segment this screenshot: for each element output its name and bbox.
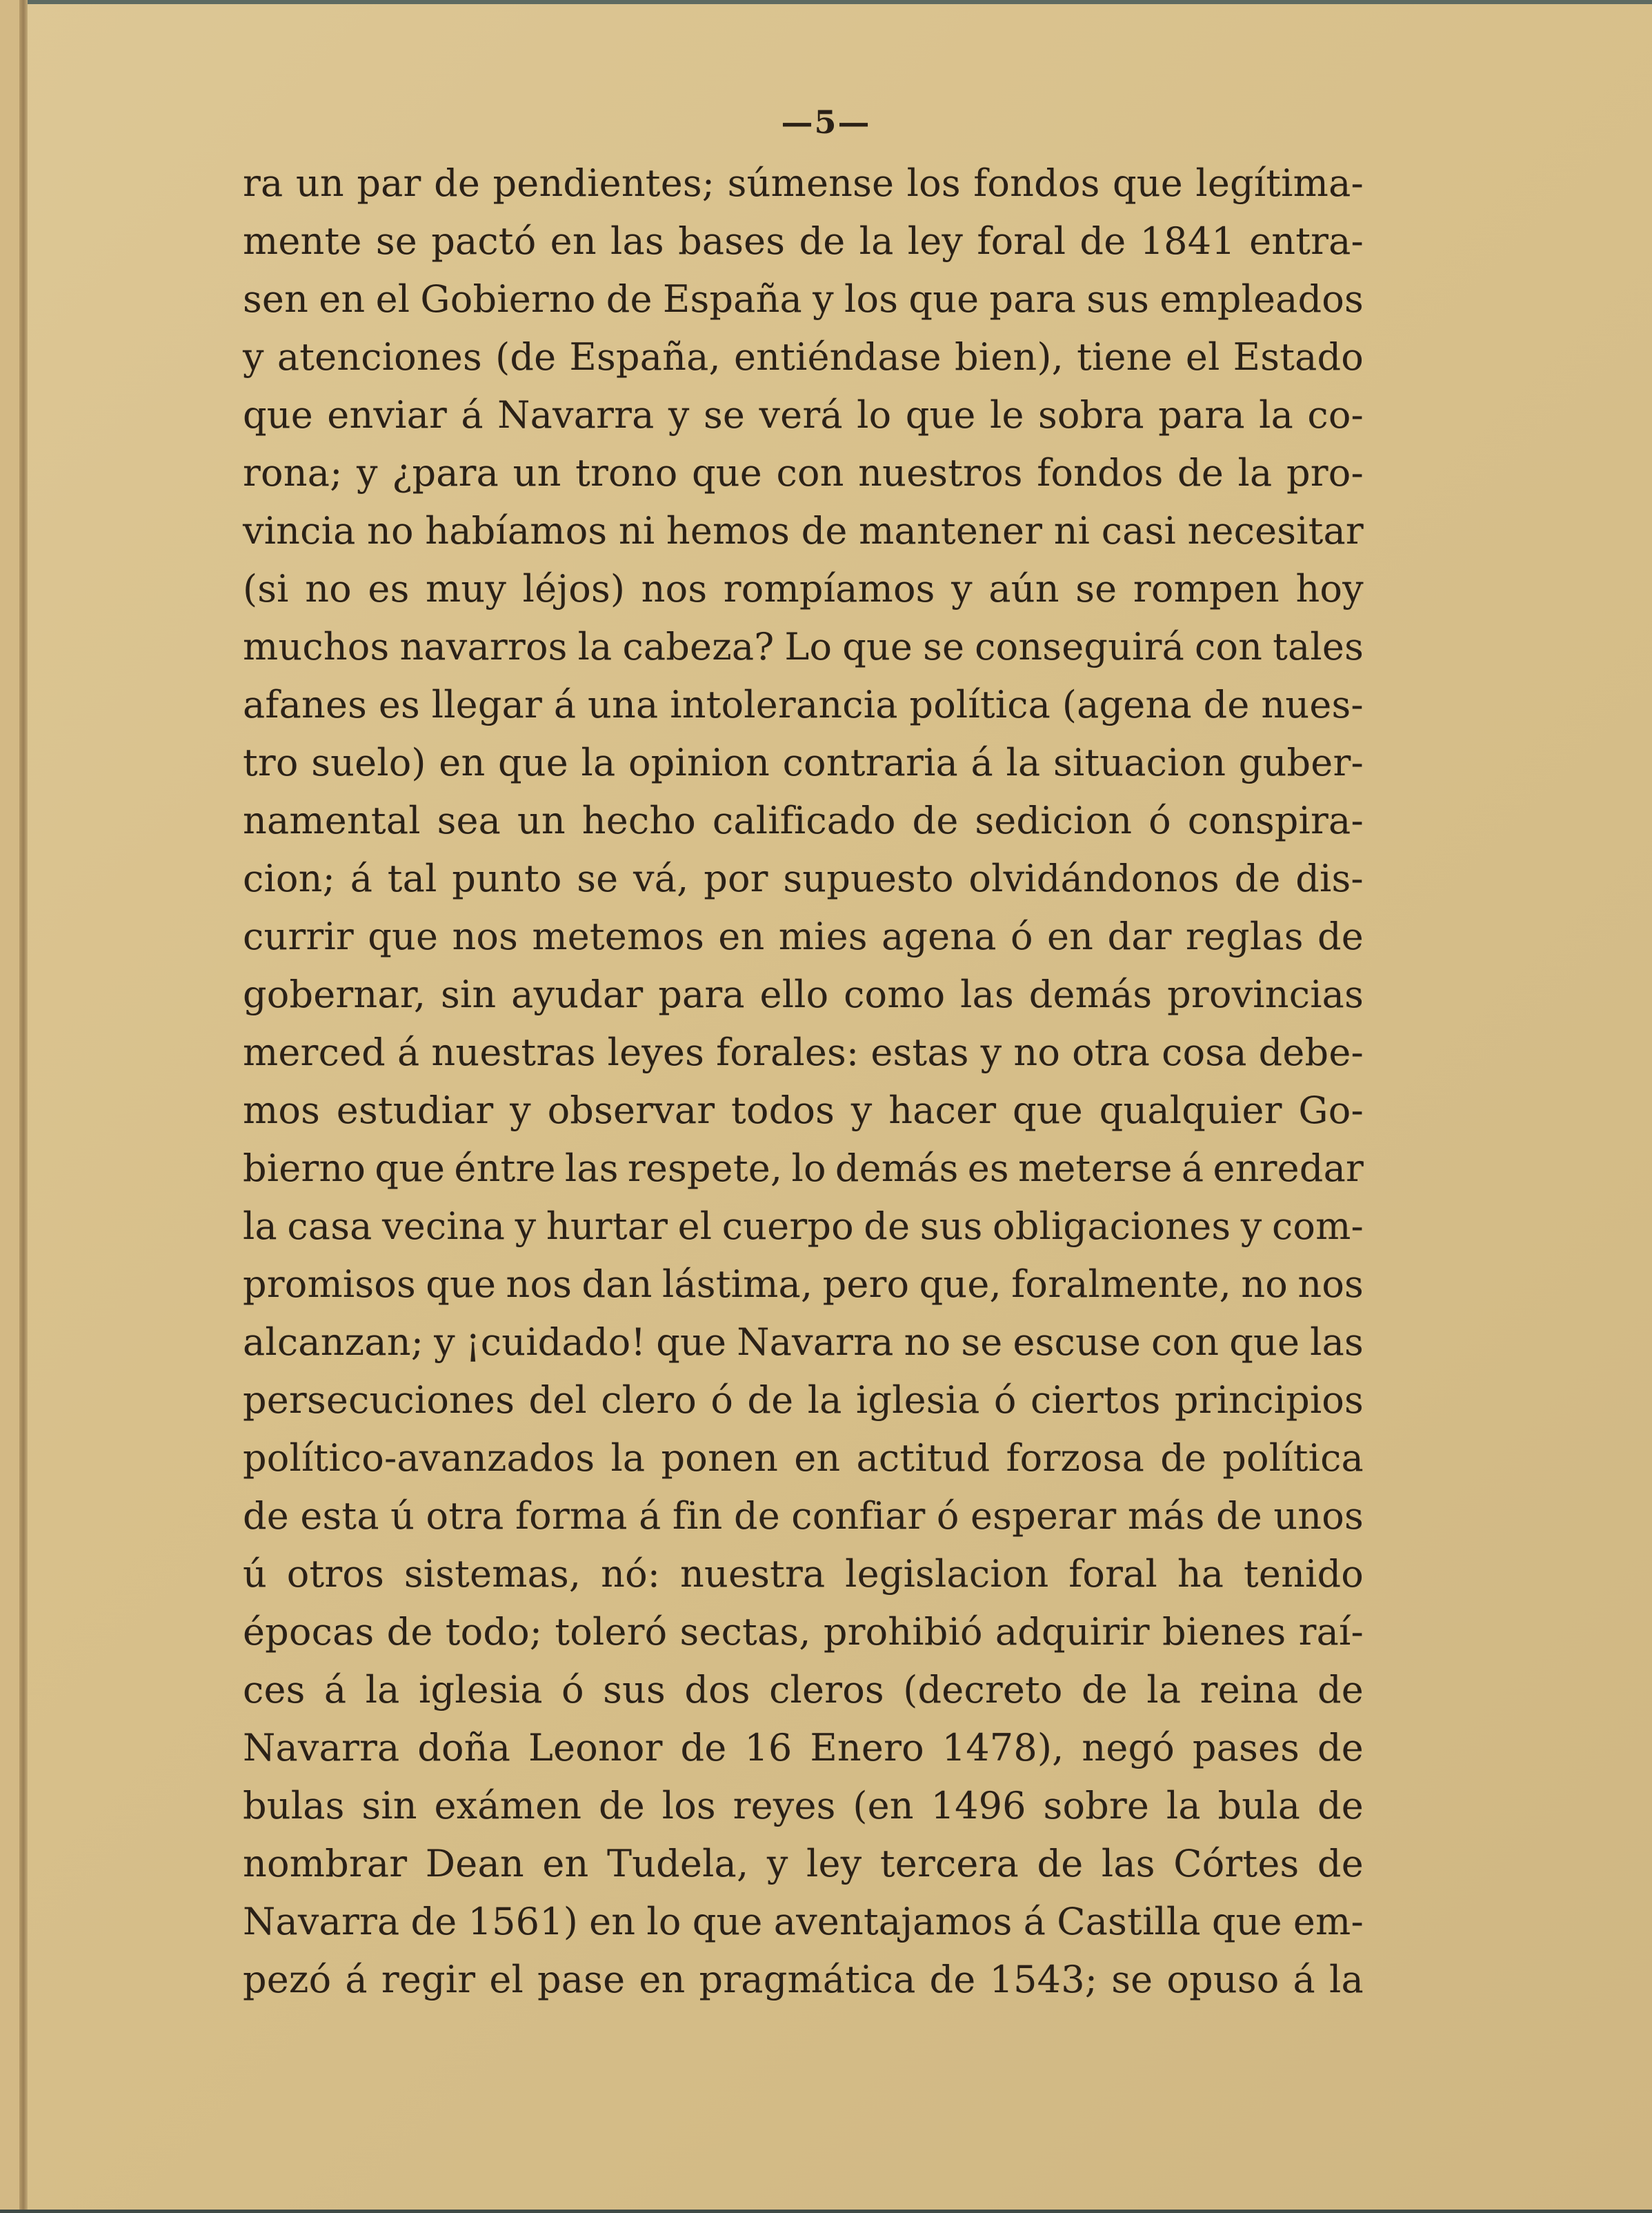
- word: reyes: [733, 1777, 836, 1835]
- word: de: [387, 1603, 433, 1661]
- word: y: [668, 386, 690, 444]
- text-line: promisosquenosdanlástima,peroque,foralme…: [243, 1256, 1364, 1313]
- text-line: deestaúotraformaáfindeconfiaróesperarmás…: [243, 1487, 1364, 1545]
- text-line: rona;y¿parauntronoqueconnuestrosfondosde…: [243, 444, 1364, 502]
- word: actitud: [856, 1429, 990, 1487]
- word: aún: [988, 560, 1059, 618]
- word: dan: [581, 1256, 652, 1313]
- word: á: [1024, 1893, 1046, 1951]
- word: súmense: [728, 155, 895, 212]
- word: meterse: [1018, 1140, 1173, 1198]
- word: la: [610, 1429, 645, 1487]
- word: ó: [994, 1371, 1017, 1429]
- word: dis-: [1295, 850, 1364, 908]
- word: se: [961, 1313, 1002, 1371]
- word: tenido: [1244, 1545, 1364, 1603]
- word: todos: [731, 1082, 835, 1140]
- word: á: [397, 1024, 419, 1082]
- word: hurtar: [546, 1198, 668, 1256]
- word: en: [319, 270, 365, 328]
- word: se: [577, 850, 618, 908]
- word: ces: [243, 1661, 306, 1719]
- word: adquirir: [995, 1603, 1150, 1661]
- word: de: [1216, 1487, 1262, 1545]
- word: gobernar,: [243, 966, 426, 1024]
- word: vincia: [243, 502, 355, 560]
- word: rompíamos: [724, 560, 935, 618]
- word: pase: [537, 1951, 625, 2009]
- word: de: [599, 1777, 645, 1835]
- word: necesitar: [1188, 502, 1364, 560]
- word: bien),: [955, 328, 1064, 386]
- word: mies: [779, 908, 868, 966]
- word: nos: [1297, 1256, 1364, 1313]
- word: ha: [1177, 1545, 1224, 1603]
- word: par: [357, 155, 421, 212]
- word: ú: [390, 1487, 415, 1545]
- word: 1561): [468, 1893, 579, 1951]
- word: las: [1310, 1313, 1364, 1371]
- word: navarros: [399, 618, 567, 676]
- word: á: [639, 1487, 661, 1545]
- word: contraria: [783, 734, 958, 792]
- text-line: afanesesllegaráunaintoleranciapolítica(a…: [243, 676, 1364, 734]
- word: cosa: [1162, 1024, 1246, 1082]
- word: vá,: [633, 850, 688, 908]
- text-line: NavarradoñaLeonorde16Enero1478),negópase…: [243, 1719, 1364, 1777]
- word: otra: [1072, 1024, 1150, 1082]
- word: la: [1238, 444, 1273, 502]
- word: épocas: [243, 1603, 374, 1661]
- word: estas: [870, 1024, 968, 1082]
- word: España: [663, 270, 802, 328]
- word: pragmática: [699, 1951, 916, 2009]
- word: (si: [243, 560, 289, 618]
- word: la: [578, 618, 613, 676]
- text-line: político-avanzadoslaponenenactitudforzos…: [243, 1429, 1364, 1487]
- word: y: [515, 1198, 537, 1256]
- word: de: [799, 212, 845, 270]
- word: ú: [243, 1545, 267, 1603]
- word: en: [639, 1951, 685, 2009]
- word: qualquier: [1099, 1082, 1282, 1140]
- word: (agena: [1062, 676, 1192, 734]
- word: política: [909, 676, 1051, 734]
- word: de: [1317, 1719, 1364, 1777]
- word: reglas: [1186, 908, 1304, 966]
- word: Lo: [784, 618, 832, 676]
- word: esta: [300, 1487, 379, 1545]
- word: la: [243, 1198, 277, 1256]
- word: foral: [977, 212, 1066, 270]
- word: lo: [791, 1140, 826, 1198]
- word: nos: [641, 560, 708, 618]
- word: habíamos: [425, 502, 607, 560]
- word: demás: [1029, 966, 1153, 1024]
- word: se: [376, 212, 417, 270]
- word: el: [678, 1198, 713, 1256]
- word: y: [510, 1082, 531, 1140]
- text-line: alcanzan;y¡cuidado!queNavarranoseescusec…: [243, 1313, 1364, 1371]
- word: raí-: [1299, 1603, 1364, 1661]
- word: llegar: [432, 676, 542, 734]
- word: y: [981, 1024, 1002, 1082]
- word: observar: [548, 1082, 715, 1140]
- word: sea: [437, 792, 501, 850]
- word: que: [375, 1140, 445, 1198]
- word: á: [324, 1661, 346, 1719]
- word: una: [588, 676, 658, 734]
- word: es: [968, 1140, 1009, 1198]
- word: ¿para: [392, 444, 499, 502]
- word: de: [802, 502, 848, 560]
- word: en: [589, 1893, 635, 1951]
- word: ra: [243, 155, 283, 212]
- word: todo;: [446, 1603, 542, 1661]
- text-line: bulassinexámendelosreyes(en1496sobrelabu…: [243, 1777, 1364, 1835]
- word: clero: [601, 1371, 697, 1429]
- word: pero: [823, 1256, 910, 1313]
- word: respete,: [628, 1140, 782, 1198]
- word: forzosa: [1006, 1429, 1144, 1487]
- word: no: [305, 560, 352, 618]
- word: (de: [495, 328, 556, 386]
- word: de: [1317, 908, 1364, 966]
- word: nos: [506, 1256, 573, 1313]
- word: muchos: [243, 618, 389, 676]
- word: que: [1229, 1313, 1300, 1371]
- word: la: [859, 212, 894, 270]
- word: legislacion: [845, 1545, 1048, 1603]
- word: pezó: [243, 1951, 331, 2009]
- word: hemos: [666, 502, 790, 560]
- word: demás: [835, 1140, 959, 1198]
- page-gutter: [0, 0, 19, 2213]
- text-line: currirquenosmetemosenmiesagenaóendarregl…: [243, 908, 1364, 966]
- word: estudiar: [337, 1082, 494, 1140]
- text-line: lacasavecinayhurtarelcuerpodesusobligaci…: [243, 1198, 1364, 1256]
- word: sus: [603, 1661, 666, 1719]
- text-line: yatenciones(deEspaña,entiéndasebien),tie…: [243, 328, 1364, 386]
- word: es: [368, 560, 409, 618]
- word: que: [656, 1313, 726, 1371]
- word: reina: [1200, 1661, 1299, 1719]
- word: tales: [1273, 618, 1364, 676]
- word: de: [606, 270, 653, 328]
- word: pactó: [431, 212, 536, 270]
- word: sobra: [1038, 386, 1144, 444]
- scan-bottom-edge: [0, 2210, 1652, 2213]
- word: de: [1079, 212, 1126, 270]
- word: se: [923, 618, 964, 676]
- word: mos: [243, 1082, 320, 1140]
- word: el: [489, 1951, 524, 2009]
- word: que: [908, 270, 979, 328]
- word: co-: [1307, 386, 1364, 444]
- word: que: [498, 734, 568, 792]
- word: de: [243, 1487, 289, 1545]
- word: sobre: [1044, 1777, 1150, 1835]
- word: la: [581, 734, 615, 792]
- word: provincias: [1167, 966, 1364, 1024]
- word: legítima-: [1195, 155, 1363, 212]
- word: aventajamos: [774, 1893, 1013, 1951]
- word: política: [1222, 1429, 1364, 1487]
- word: ó: [937, 1487, 959, 1545]
- word: sistemas,: [404, 1545, 581, 1603]
- text-line: mentesepactóenlasbasesdelaleyforalde1841…: [243, 212, 1364, 270]
- word: de: [1235, 850, 1281, 908]
- word: de: [434, 155, 480, 212]
- word: principios: [1175, 1371, 1364, 1429]
- word: Córtes: [1173, 1835, 1299, 1893]
- word: tiene: [1077, 328, 1173, 386]
- word: de: [1177, 444, 1224, 502]
- word: á: [554, 676, 576, 734]
- word: Castilla: [1057, 1893, 1201, 1951]
- word: no: [367, 502, 414, 560]
- word: en: [794, 1429, 840, 1487]
- word: promisos: [243, 1256, 416, 1313]
- word: olvidándonos: [968, 850, 1220, 908]
- word: y: [767, 1835, 788, 1893]
- text-line: mercedánuestrasleyesforales:estasynootra…: [243, 1024, 1364, 1082]
- word: ponen: [661, 1429, 778, 1487]
- word: los: [662, 1777, 716, 1835]
- word: nues-: [1261, 676, 1363, 734]
- word: cuerpo: [722, 1198, 854, 1256]
- word: en: [542, 1835, 588, 1893]
- scan-top-edge: [0, 0, 1652, 4]
- word: iglesia: [856, 1371, 980, 1429]
- body-text: raunpardependientes;súmenselosfondosquel…: [243, 155, 1364, 2009]
- word: la: [1259, 386, 1293, 444]
- word: hecho: [582, 792, 696, 850]
- word: Navarra: [243, 1893, 399, 1951]
- word: á: [345, 1951, 367, 2009]
- word: foralmente,: [1011, 1256, 1231, 1313]
- word: casa: [287, 1198, 372, 1256]
- text-line: úotrossistemas,nó:nuestralegislacionfora…: [243, 1545, 1364, 1603]
- word: em-: [1293, 1893, 1364, 1951]
- word: el: [376, 270, 410, 328]
- word: no: [904, 1313, 951, 1371]
- word: forales:: [716, 1024, 859, 1082]
- word: afanes: [243, 676, 367, 734]
- word: ayudar: [511, 966, 643, 1024]
- word: que: [368, 908, 438, 966]
- word: ni: [619, 502, 655, 560]
- text-line: pezóáregirelpaseenpragmáticade1543;seopu…: [243, 1951, 1364, 2009]
- word: que: [693, 1893, 763, 1951]
- word: mente: [243, 212, 362, 270]
- word: de: [410, 1893, 457, 1951]
- word: se: [1111, 1951, 1153, 2009]
- word: bulas: [243, 1777, 345, 1835]
- word: cion;: [243, 850, 335, 908]
- word: 1543;: [990, 1951, 1098, 2009]
- word: confiar: [791, 1487, 925, 1545]
- word: escuse: [1013, 1313, 1141, 1371]
- word: y: [434, 1313, 455, 1371]
- word: merced: [243, 1024, 386, 1082]
- word: regir: [381, 1951, 475, 2009]
- word: tal: [388, 850, 437, 908]
- word: Enero: [810, 1719, 924, 1777]
- word: ni: [1054, 502, 1090, 560]
- word: opinion: [628, 734, 770, 792]
- word: Estado: [1233, 328, 1364, 386]
- word: que: [906, 386, 976, 444]
- word: suelo): [311, 734, 426, 792]
- word: situacion: [1053, 734, 1226, 792]
- word: dos: [684, 1661, 750, 1719]
- word: y: [1241, 1198, 1262, 1256]
- text-line: senenelGobiernodeEspañaylosqueparasusemp…: [243, 270, 1364, 328]
- word: como: [844, 966, 945, 1024]
- word: sedicion: [975, 792, 1132, 850]
- word: con: [776, 444, 844, 502]
- word: esperar: [971, 1487, 1116, 1545]
- word: á: [461, 386, 483, 444]
- word: los: [907, 155, 961, 212]
- word: y: [813, 270, 834, 328]
- word: verá: [759, 386, 842, 444]
- word: trono: [575, 444, 677, 502]
- word: fin: [673, 1487, 723, 1545]
- word: sin: [441, 966, 496, 1024]
- word: pendientes;: [493, 155, 715, 212]
- word: supuesto: [783, 850, 953, 908]
- text-line: persecucionesdelcleroódelaiglesiaócierto…: [243, 1371, 1364, 1429]
- word: empleados: [1160, 270, 1364, 328]
- word: que: [842, 618, 913, 676]
- word: á: [350, 850, 372, 908]
- word: lástima,: [662, 1256, 813, 1313]
- word: foral: [1068, 1545, 1157, 1603]
- text-line: muchosnavarroslacabeza?Loqueseconseguirá…: [243, 618, 1364, 676]
- word: las: [610, 212, 664, 270]
- word: negó: [1082, 1719, 1175, 1777]
- word: las: [1102, 1835, 1155, 1893]
- word: fondos: [973, 155, 1099, 212]
- word: por: [704, 850, 768, 908]
- word: doña: [417, 1719, 510, 1777]
- word: pro-: [1286, 444, 1364, 502]
- word: de: [1317, 1661, 1364, 1719]
- word: Navarra: [737, 1313, 893, 1371]
- word: Dean: [426, 1835, 524, 1893]
- word: en: [439, 734, 485, 792]
- word: namental: [243, 792, 421, 850]
- word: ciertos: [1031, 1371, 1161, 1429]
- word: pases: [1193, 1719, 1300, 1777]
- word: ley: [908, 212, 963, 270]
- word: bula: [1218, 1777, 1301, 1835]
- word: persecuciones: [243, 1371, 515, 1429]
- word: de: [1037, 1835, 1083, 1893]
- word: no: [1013, 1024, 1060, 1082]
- word: Go-: [1298, 1082, 1364, 1140]
- word: que,: [919, 1256, 1002, 1313]
- word: éntre: [454, 1140, 555, 1198]
- word: ó: [710, 1371, 733, 1429]
- word: que: [692, 444, 762, 502]
- word: Tudela,: [607, 1835, 748, 1893]
- text-line: vincianohabíamosnihemosdemantenernicasin…: [243, 502, 1364, 560]
- word: fondos: [1037, 444, 1163, 502]
- word: de: [747, 1371, 793, 1429]
- word: bienes: [1162, 1603, 1286, 1661]
- text-line: biernoqueéntrelasrespete,lodemásesmeters…: [243, 1140, 1364, 1198]
- word: nó:: [601, 1545, 660, 1603]
- word: de: [734, 1487, 780, 1545]
- word: tro: [243, 734, 299, 792]
- word: y: [243, 328, 264, 386]
- word: en: [1047, 908, 1093, 966]
- word: 16: [744, 1719, 792, 1777]
- word: currir: [243, 908, 354, 966]
- word: y: [851, 1082, 873, 1140]
- word: no: [1241, 1256, 1288, 1313]
- word: lo: [646, 1893, 681, 1951]
- word: la: [808, 1371, 842, 1429]
- word: un: [513, 444, 561, 502]
- word: lo: [857, 386, 891, 444]
- word: hoy: [1295, 560, 1363, 618]
- word: toleró: [555, 1603, 667, 1661]
- word: ó: [561, 1661, 584, 1719]
- word: ¡cuidado!: [466, 1313, 646, 1371]
- word: otros: [287, 1545, 384, 1603]
- word: prohibió: [824, 1603, 983, 1661]
- word: que: [1212, 1893, 1282, 1951]
- word: la: [1166, 1777, 1201, 1835]
- word: sus: [920, 1198, 983, 1256]
- word: alcanzan;: [243, 1313, 424, 1371]
- text-line: raunpardependientes;súmenselosfondosquel…: [243, 155, 1364, 212]
- word: España,: [569, 328, 720, 386]
- word: un: [517, 792, 566, 850]
- word: nombrar: [243, 1835, 407, 1893]
- word: punto: [452, 850, 561, 908]
- word: de: [681, 1719, 727, 1777]
- word: nuestras: [431, 1024, 595, 1082]
- word: intolerancia: [670, 676, 897, 734]
- word: la: [1146, 1661, 1181, 1719]
- word: cabeza?: [622, 618, 774, 676]
- word: político-avanzados: [243, 1429, 595, 1487]
- word: opuso: [1166, 1951, 1279, 2009]
- word: conseguirá: [975, 618, 1184, 676]
- word: nos: [452, 908, 518, 966]
- word: y: [951, 560, 973, 618]
- text-line: épocasdetodo;tolerósectas,prohibióadquir…: [243, 1603, 1364, 1661]
- word: guber-: [1239, 734, 1364, 792]
- word: ó: [1148, 792, 1171, 850]
- word: conspira-: [1188, 792, 1364, 850]
- word: que: [1113, 155, 1183, 212]
- word: mantener: [859, 502, 1042, 560]
- word: la: [1006, 734, 1041, 792]
- text-line: cesálaiglesiaósusdoscleros(decretodelare…: [243, 1661, 1364, 1719]
- word: enredar: [1213, 1140, 1364, 1198]
- word: sectas,: [680, 1603, 811, 1661]
- word: muy: [426, 560, 506, 618]
- text-line: trosuelo)enquelaopinioncontrariaálasitua…: [243, 734, 1364, 792]
- word: se: [1075, 560, 1117, 618]
- word: calificado: [713, 792, 896, 850]
